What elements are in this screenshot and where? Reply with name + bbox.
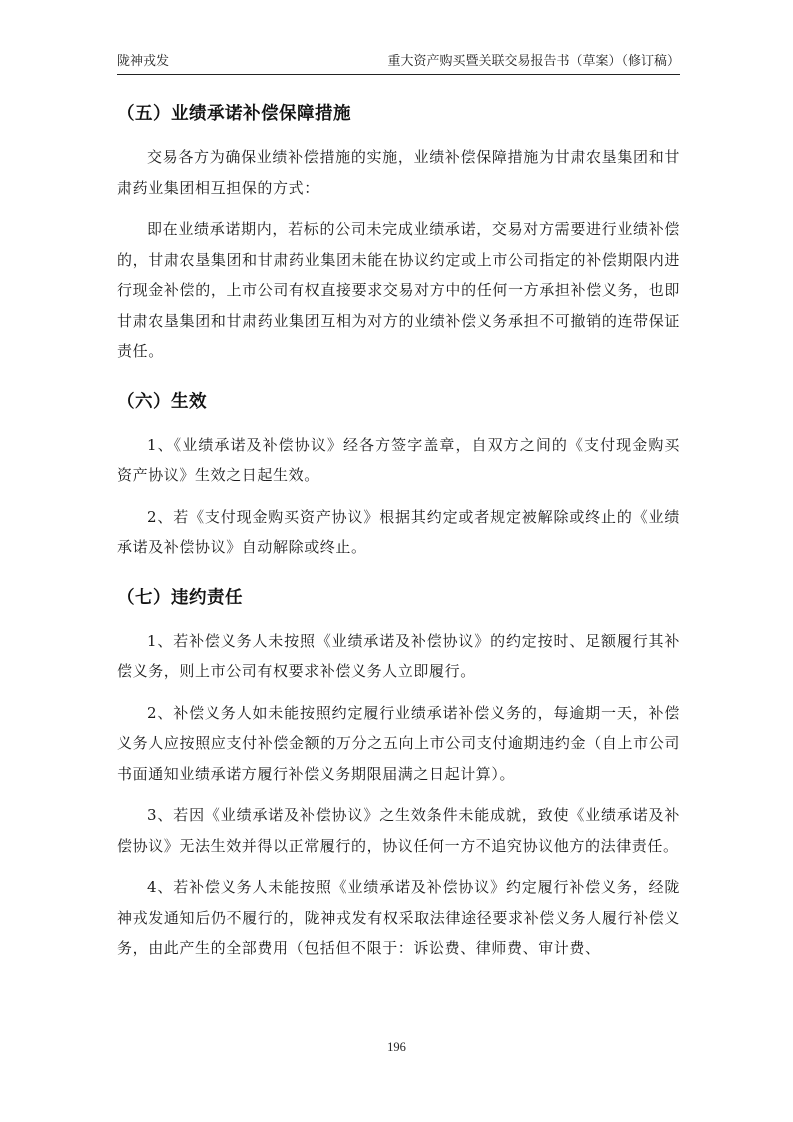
page-header: 陇神戎发 重大资产购买暨关联交易报告书（草案）（修订稿）: [117, 51, 680, 75]
header-document-title: 重大资产购买暨关联交易报告书（草案）（修订稿）: [387, 52, 680, 74]
paragraph: 交易各方为确保业绩补偿措施的实施，业绩补偿保障措施为甘肃农垦集团和甘肃药业集团相…: [117, 142, 680, 203]
header-company-name: 陇神戎发: [117, 52, 169, 74]
section-title: （六）生效: [117, 388, 680, 416]
paragraph: 1、《业绩承诺及补偿协议》经各方签字盖章，自双方之间的《支付现金购买资产协议》生…: [117, 430, 680, 491]
paragraph: 3、若因《业绩承诺及补偿协议》之生效条件未能成就，致使《业绩承诺及补偿协议》无法…: [117, 800, 680, 861]
section-breach-liability: （七）违约责任 1、若补偿义务人未按照《业绩承诺及补偿协议》的约定按时、足额履行…: [117, 584, 680, 964]
paragraph: 1、若补偿义务人未按照《业绩承诺及补偿协议》的约定按时、足额履行其补偿义务，则上…: [117, 626, 680, 687]
paragraph: 2、若《支付现金购买资产协议》根据其约定或者规定被解除或终止的《业绩承诺及补偿协…: [117, 502, 680, 563]
document-body: （五）业绩承诺补偿保障措施 交易各方为确保业绩补偿措施的实施，业绩补偿保障措施为…: [117, 100, 680, 964]
paragraph: 2、补偿义务人如未能按照约定履行业绩承诺补偿义务的，每逾期一天，补偿义务人应按照…: [117, 698, 680, 790]
section-title: （七）违约责任: [117, 584, 680, 612]
section-performance-guarantee: （五）业绩承诺补偿保障措施 交易各方为确保业绩补偿措施的实施，业绩补偿保障措施为…: [117, 100, 680, 367]
page-number: 196: [0, 1040, 793, 1055]
section-title: （五）业绩承诺补偿保障措施: [117, 100, 680, 128]
section-effectiveness: （六）生效 1、《业绩承诺及补偿协议》经各方签字盖章，自双方之间的《支付现金购买…: [117, 388, 680, 563]
paragraph: 即在业绩承诺期内，若标的公司未完成业绩承诺，交易对方需要进行业绩补偿的，甘肃农垦…: [117, 214, 680, 367]
paragraph: 4、若补偿义务人未能按照《业绩承诺及补偿协议》约定履行补偿义务，经陇神戎发通知后…: [117, 872, 680, 964]
